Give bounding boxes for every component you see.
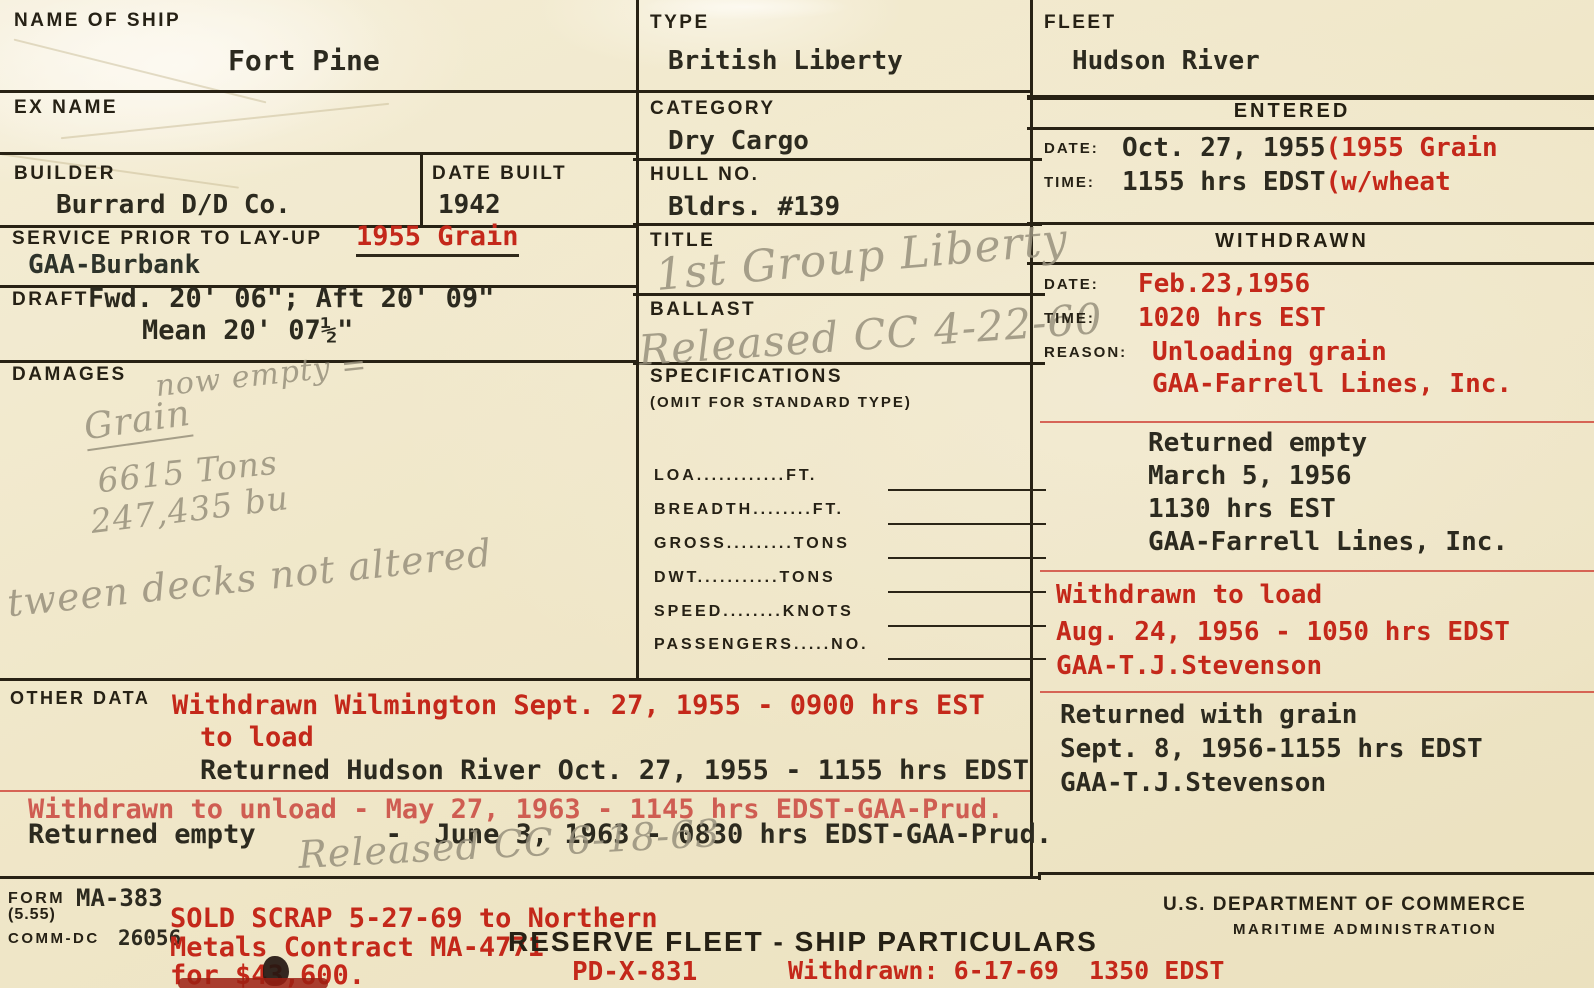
category-label: CATEGORY bbox=[650, 98, 776, 120]
returned-with-grain-line3: GAA-T.J.Stevenson bbox=[1060, 768, 1326, 798]
returned-empty-line1: Returned empty bbox=[1148, 428, 1367, 458]
draft-line2: Mean 20' 07½" bbox=[142, 315, 353, 346]
spec-row-gross: GROSS.........TONS bbox=[654, 535, 850, 553]
spec-row-dwt: DWT...........TONS bbox=[654, 569, 836, 587]
withdrawn-date-label: DATE: bbox=[1044, 276, 1099, 293]
divider bbox=[0, 152, 639, 155]
form-number: MA-383 bbox=[76, 884, 163, 912]
agency-line1: U.S. DEPARTMENT OF COMMERCE bbox=[1163, 894, 1526, 916]
divider bbox=[1038, 872, 1041, 880]
damages-handwriting-decks: tween decks not altered bbox=[5, 531, 494, 626]
entered-time-value: 1155 hrs EDST(w/wheat bbox=[1122, 167, 1451, 197]
withdrawn-time-label: TIME: bbox=[1044, 310, 1095, 327]
card-bottom-border bbox=[0, 876, 1041, 879]
entered-time-red-note: (w/wheat bbox=[1326, 167, 1451, 197]
divider bbox=[633, 158, 1042, 161]
builder-datebuilt-divider bbox=[420, 152, 423, 228]
entered-date-value: Oct. 27, 1955(1955 Grain bbox=[1122, 133, 1498, 163]
withdrawn-to-load-line2: Aug. 24, 1956 - 1050 hrs EDST bbox=[1056, 617, 1510, 647]
ship-particulars-card: NAME OF SHIP Fort Pine EX NAME BUILDER B… bbox=[0, 0, 1594, 988]
entered-time-label: TIME: bbox=[1044, 174, 1095, 191]
service-prior-line2: GAA-Burbank bbox=[28, 250, 200, 280]
entered-date-black: Oct. 27, 1955 bbox=[1122, 133, 1326, 163]
pd-form-number: PD-X-831 bbox=[572, 957, 697, 987]
builder-value: Burrard D/D Co. bbox=[56, 190, 291, 220]
withdrawn-reason-line2: GAA-Farrell Lines, Inc. bbox=[1152, 369, 1512, 399]
hull-no-value: Bldrs. #139 bbox=[668, 192, 840, 222]
date-built-value: 1942 bbox=[438, 190, 501, 220]
date-built-label: DATE BUILT bbox=[432, 163, 567, 185]
damages-label: DAMAGES bbox=[12, 364, 127, 386]
sold-scrap-line2: Metals Contract MA-4771 bbox=[170, 932, 544, 963]
red-rule bbox=[1040, 570, 1594, 572]
spec-row-speed: SPEED........KNOTS bbox=[654, 603, 854, 621]
spec-fill-line bbox=[888, 557, 1046, 559]
entered-time-black: 1155 hrs EDST bbox=[1122, 167, 1326, 197]
returned-empty-line4: GAA-Farrell Lines, Inc. bbox=[1148, 527, 1508, 557]
red-rule bbox=[1040, 421, 1594, 423]
withdrawn-to-load-line1: Withdrawn to load bbox=[1056, 580, 1322, 610]
withdrawn-reason-label: REASON: bbox=[1044, 344, 1127, 361]
spec-row-breadth: BREADTH........FT. bbox=[654, 501, 844, 519]
withdrawn-to-load-line3: GAA-T.J.Stevenson bbox=[1056, 651, 1322, 681]
other-data-label: OTHER DATA bbox=[10, 688, 150, 709]
column-divider bbox=[1030, 0, 1033, 878]
spec-fill-line bbox=[888, 625, 1046, 627]
withdrawn-date-value: Feb.23,1956 bbox=[1138, 269, 1310, 299]
agency-line2: MARITIME ADMINISTRATION bbox=[1233, 921, 1497, 938]
category-value: Dry Cargo bbox=[668, 126, 809, 156]
final-withdrawn-stamp: Withdrawn: 6-17-69 1350 EDST bbox=[788, 956, 1225, 985]
withdrawn-time-value: 1020 hrs EST bbox=[1138, 303, 1326, 333]
type-value: British Liberty bbox=[668, 46, 903, 76]
returned-empty-line3: 1130 hrs EST bbox=[1148, 494, 1336, 524]
form-revision: (5.55) bbox=[8, 906, 56, 924]
entered-date-label: DATE: bbox=[1044, 140, 1099, 157]
sheet-title: RESERVE FLEET - SHIP PARTICULARS bbox=[508, 926, 1098, 958]
returned-with-grain-line2: Sept. 8, 1956-1155 hrs EDST bbox=[1060, 734, 1483, 764]
specifications-sublabel: (OMIT FOR STANDARD TYPE) bbox=[650, 394, 912, 411]
ballast-label: BALLAST bbox=[650, 299, 756, 321]
spec-row-loa: LOA............FT. bbox=[654, 467, 817, 485]
returned-empty-line2: March 5, 1956 bbox=[1148, 461, 1352, 491]
red-rule bbox=[1040, 691, 1594, 693]
service-prior-red-value: 1955 Grain bbox=[356, 221, 519, 257]
specifications-label: SPECIFICATIONS bbox=[650, 366, 843, 388]
ex-name-label: EX NAME bbox=[14, 97, 118, 119]
red-rule bbox=[0, 790, 1030, 792]
damages-handwriting-grain: Grain bbox=[81, 393, 193, 451]
withdrawn-reason-line1: Unloading grain bbox=[1152, 337, 1387, 367]
entered-date-red-note: (1955 Grain bbox=[1326, 133, 1498, 163]
divider bbox=[1027, 127, 1594, 130]
comm-dc-label: COMM-DC bbox=[8, 930, 100, 947]
name-of-ship-label: NAME OF SHIP bbox=[14, 10, 181, 32]
draft-line1: Fwd. 20' 06"; Aft 20' 09" bbox=[88, 283, 494, 314]
spec-fill-line bbox=[888, 489, 1046, 491]
divider bbox=[1027, 222, 1594, 225]
hull-no-label: HULL NO. bbox=[650, 164, 759, 186]
spec-row-passengers: PASSENGERS.....NO. bbox=[654, 636, 869, 654]
divider bbox=[1027, 262, 1594, 265]
other-data-entry1-cont: to load bbox=[200, 722, 314, 753]
returned-with-grain-line1: Returned with grain bbox=[1060, 700, 1357, 730]
fleet-value: Hudson River bbox=[1072, 46, 1260, 76]
builder-label: BUILDER bbox=[14, 163, 116, 185]
spec-fill-line bbox=[888, 591, 1046, 593]
entered-header: ENTERED bbox=[1030, 100, 1594, 123]
service-prior-label: SERVICE PRIOR TO LAY-UP bbox=[12, 228, 323, 250]
other-data-entry1: Withdrawn Wilmington Sept. 27, 1955 - 09… bbox=[172, 690, 985, 721]
fleet-label: FLEET bbox=[1044, 12, 1117, 34]
spec-fill-line bbox=[888, 523, 1046, 525]
draft-label: DRAFT bbox=[12, 289, 89, 311]
card-bottom-border bbox=[1038, 872, 1594, 875]
red-ink-smear bbox=[178, 978, 328, 988]
spec-fill-line bbox=[888, 658, 1046, 660]
type-label: TYPE bbox=[650, 12, 710, 34]
divider bbox=[0, 678, 1033, 681]
title-handwriting: 1st Group Liberty bbox=[654, 214, 1070, 301]
other-data-entry2: Returned Hudson River Oct. 27, 1955 - 11… bbox=[200, 755, 1029, 786]
ship-name-value: Fort Pine bbox=[228, 44, 380, 77]
withdrawn-header: WITHDRAWN bbox=[1030, 230, 1594, 253]
divider bbox=[0, 90, 1033, 93]
